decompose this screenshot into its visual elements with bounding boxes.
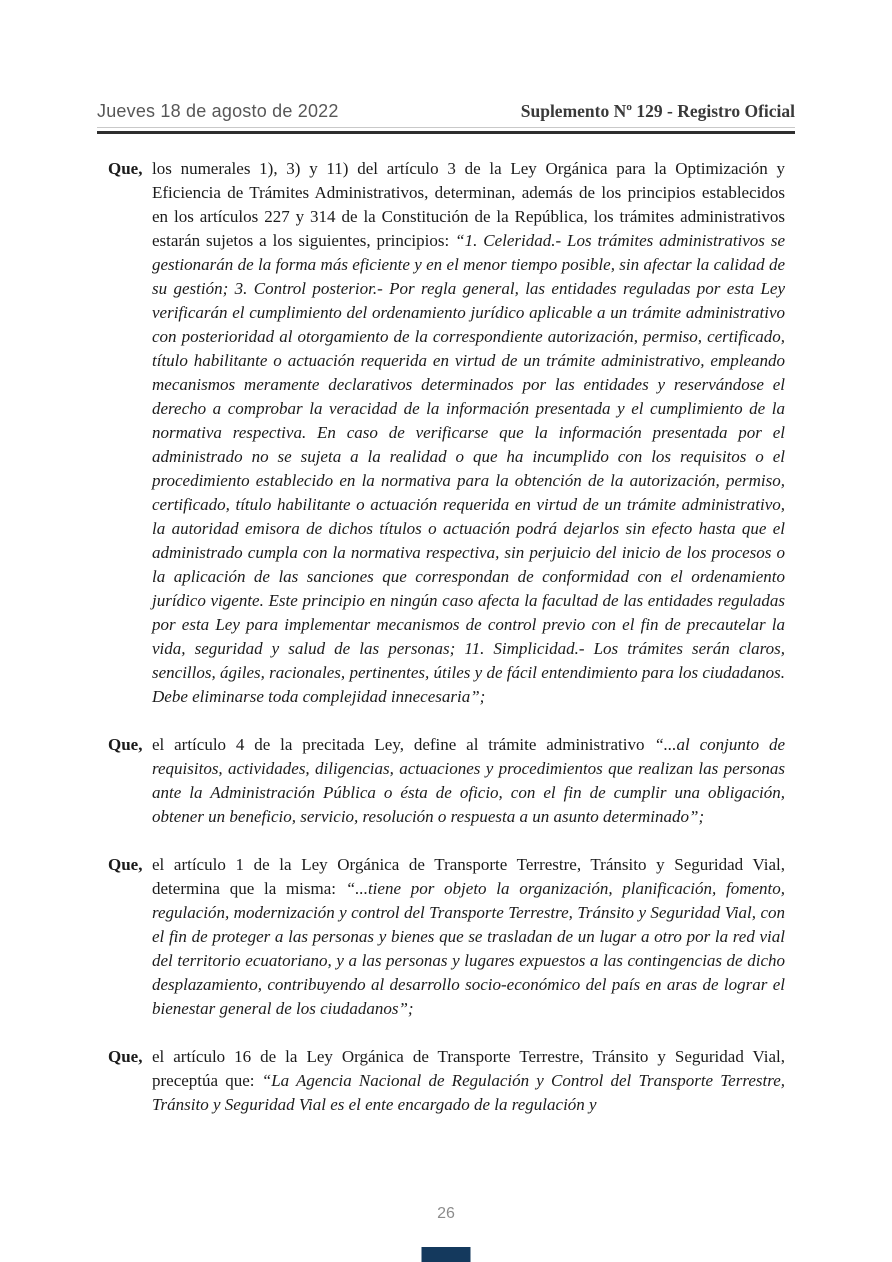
recital-paragraph: Que, el artículo 16 de la Ley Orgánica d… bbox=[108, 1045, 785, 1117]
paragraph-text-quote: “...tiene por objeto la organización, pl… bbox=[152, 879, 785, 1018]
paragraph-text-normal: el artículo 4 de la precitada Ley, defin… bbox=[152, 735, 654, 754]
document-page: Jueves 18 de agosto de 2022 Suplemento N… bbox=[0, 0, 892, 1262]
page-header: Jueves 18 de agosto de 2022 Suplemento N… bbox=[97, 101, 795, 128]
que-label: Que, bbox=[108, 853, 142, 877]
que-label: Que, bbox=[108, 1045, 142, 1069]
recital-paragraph: Que, el artículo 4 de la precitada Ley, … bbox=[108, 733, 785, 829]
recital-paragraph: Que, los numerales 1), 3) y 11) del artí… bbox=[108, 157, 785, 709]
header-edition-title: Suplemento Nº 129 - Registro Oficial bbox=[521, 101, 795, 122]
header-divider-rule bbox=[97, 131, 795, 134]
page-number: 26 bbox=[0, 1205, 892, 1223]
paragraph-text-quote: “1. Celeridad.- Los trámites administrat… bbox=[152, 231, 785, 706]
document-body: Que, los numerales 1), 3) y 11) del artí… bbox=[108, 157, 785, 1117]
recital-paragraph: Que, el artículo 1 de la Ley Orgánica de… bbox=[108, 853, 785, 1021]
que-label: Que, bbox=[108, 733, 142, 757]
footer-accent-bar bbox=[422, 1247, 471, 1262]
que-label: Que, bbox=[108, 157, 142, 181]
header-date: Jueves 18 de agosto de 2022 bbox=[97, 101, 339, 122]
